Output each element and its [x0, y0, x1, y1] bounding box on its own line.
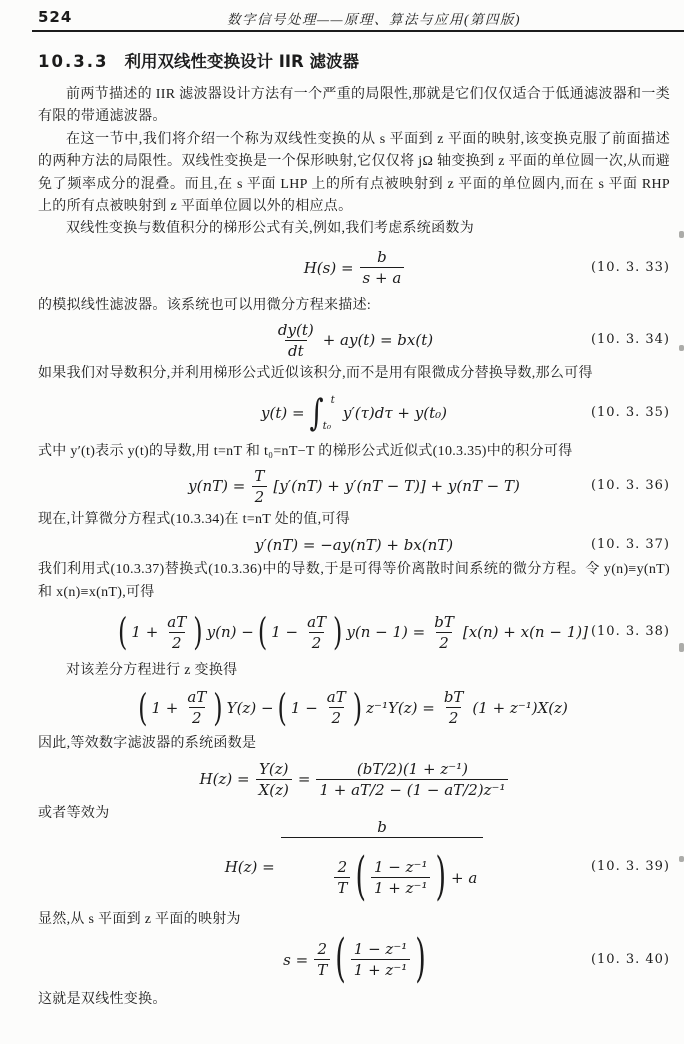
scan-artifact — [679, 345, 684, 351]
left-paren: ( — [138, 689, 147, 726]
equation-number: (10. 3. 34) — [591, 332, 670, 348]
math-lhs: s = — [283, 951, 308, 969]
equation-number: (10. 3. 37) — [591, 538, 670, 554]
math-rhs: y′(τ)dτ + y(t₀) — [343, 404, 447, 422]
right-paren: ) — [213, 689, 222, 726]
integral-limits: t t₀ — [324, 394, 335, 432]
right-paren: ) — [415, 934, 426, 985]
math-lhs: y(t) = — [261, 404, 305, 422]
equation-number: (10. 3. 40) — [591, 952, 670, 968]
fraction: 1 − z⁻¹ 1 + z⁻¹ — [371, 857, 430, 898]
equation-number: (10. 3. 39) — [591, 859, 670, 875]
paragraph-6: 式中 y′(t)表示 y(t)的导数,用 t=nT 和 t₀=nT−T 的梯形公… — [38, 441, 670, 463]
fraction: 2 T — [314, 939, 330, 980]
page-header: 524 数字信号处理——原理、算法与应用(第四版) — [38, 8, 670, 27]
fraction: aT 2 — [164, 612, 189, 653]
fraction: bT 2 — [441, 687, 467, 728]
equation-10-3-39: H(z) = b 2 T ( 1 − z⁻¹ 1 + z⁻¹ ) — [38, 826, 670, 909]
right-paren: ) — [193, 614, 202, 651]
page-number: 524 — [38, 8, 72, 26]
right-paren: ) — [435, 852, 446, 903]
fraction: 1 − z⁻¹ 1 + z⁻¹ — [351, 939, 410, 980]
paragraph-7: 现在,计算微分方程式(10.3.34)在 t=nT 处的值,可得 — [38, 509, 670, 531]
fraction: aT 2 — [184, 687, 209, 728]
paragraph-13: 这就是双线性变换。 — [38, 989, 670, 1011]
book-page: 524 数字信号处理——原理、算法与应用(第四版) 10.3.3 利用双线性变换… — [0, 0, 684, 1044]
fraction: 2 T — [334, 857, 350, 898]
scan-artifact — [679, 231, 684, 238]
fraction: Y(z) X(z) — [256, 759, 292, 800]
math-lhs: H(z) = — [225, 858, 275, 876]
math-rhs: + ay(t) = bx(t) — [323, 331, 433, 349]
equation-10-3-33: H(s) = b s + a (10. 3. 33) — [38, 241, 670, 295]
left-paren: ( — [335, 934, 346, 985]
header-rule — [32, 30, 684, 32]
section-number: 10.3.3 — [38, 52, 108, 72]
equation-10-3-34: dy(t) dt + ay(t) = bx(t) (10. 3. 34) — [38, 317, 670, 363]
paragraph-1: 前两节描述的 IIR 滤波器设计方法有一个严重的局限性,那就是它们仅仅适合于低通… — [38, 84, 670, 129]
math-lhs: H(s) = — [304, 259, 354, 277]
equation-10-3-38: ( 1 + aT 2 ) y(n) − ( 1 − aT 2 ) y(n − 1… — [38, 604, 670, 660]
fraction: (bT/2)(1 + z⁻¹) 1 + aT/2 − (1 − aT/2)z⁻¹ — [316, 759, 508, 800]
equation-10-3-35: y(t) = ∫ t t₀ y′(τ)dτ + y(t₀) (10. 3. 35… — [38, 386, 670, 441]
equation-system-function: H(z) = Y(z) X(z) = (bT/2)(1 + z⁻¹) 1 + a… — [38, 755, 670, 803]
paragraph-2: 在这一节中,我们将介绍一个称为双线性变换的从 s 平面到 z 平面的映射,该变换… — [38, 129, 670, 219]
equation-number: (10. 3. 36) — [591, 478, 670, 494]
equation-number: (10. 3. 33) — [591, 260, 670, 276]
equation-10-3-40: s = 2 T ( 1 − z⁻¹ 1 + z⁻¹ ) (10. 3. 40) — [38, 931, 670, 989]
section-title: 利用双线性变换设计 IIR 滤波器 — [124, 52, 358, 72]
equation-z-transform: ( 1 + aT 2 ) Y(z) − ( 1 − aT 2 ) z⁻¹Y(z)… — [38, 683, 670, 733]
paragraph-4: 的模拟线性滤波器。该系统也可以用微分方程来描述: — [38, 295, 670, 317]
fraction: T 2 — [251, 466, 267, 507]
fraction: aT 2 — [304, 612, 329, 653]
integral-sign: ∫ — [310, 395, 324, 431]
paragraph-8: 我们利用式(10.3.37)替换式(10.3.36)中的导数,于是可得等价离散时… — [38, 559, 670, 604]
equation-number: (10. 3. 38) — [591, 624, 670, 640]
right-paren: ) — [333, 614, 342, 651]
paragraph-5: 如果我们对导数积分,并利用梯形公式近似该积分,而不是用有限微成分替换导数,那么可… — [38, 363, 670, 385]
scan-artifact — [679, 856, 684, 862]
fraction: bT 2 — [431, 612, 457, 653]
paragraph-10: 因此,等效数字滤波器的系统函数是 — [38, 733, 670, 755]
math-rhs: [y′(nT) + y′(nT − T)] + y(nT − T) — [273, 477, 519, 495]
left-paren: ( — [278, 689, 287, 726]
left-paren: ( — [118, 614, 127, 651]
paragraph-3: 双线性变换与数值积分的梯形公式有关,例如,我们考虑系统函数为 — [38, 218, 670, 240]
right-paren: ) — [353, 689, 362, 726]
outer-fraction: b 2 T ( 1 − z⁻¹ 1 + z⁻¹ ) + a — [281, 817, 484, 917]
left-paren: ( — [355, 852, 366, 903]
book-title: 数字信号处理——原理、算法与应用(第四版) — [38, 8, 670, 28]
fraction: aT 2 — [324, 687, 349, 728]
math-lhs: H(z) = — [200, 770, 250, 788]
equation-number: (10. 3. 35) — [591, 405, 670, 421]
equation-10-3-37: y′(nT) = −ay(nT) + bx(nT) (10. 3. 37) — [38, 531, 670, 559]
fraction: b s + a — [360, 247, 405, 288]
paragraph-9: 对该差分方程进行 z 变换得 — [38, 660, 670, 682]
equation-10-3-36: y(nT) = T 2 [y′(nT) + y′(nT − T)] + y(nT… — [38, 463, 670, 509]
scan-artifact — [679, 643, 684, 652]
fraction: dy(t) dt — [275, 320, 317, 361]
math-lhs: y(nT) = — [188, 477, 245, 495]
left-paren: ( — [258, 614, 267, 651]
section-heading: 10.3.3 利用双线性变换设计 IIR 滤波器 — [38, 52, 670, 72]
math-body: y′(nT) = −ay(nT) + bx(nT) — [255, 536, 453, 554]
